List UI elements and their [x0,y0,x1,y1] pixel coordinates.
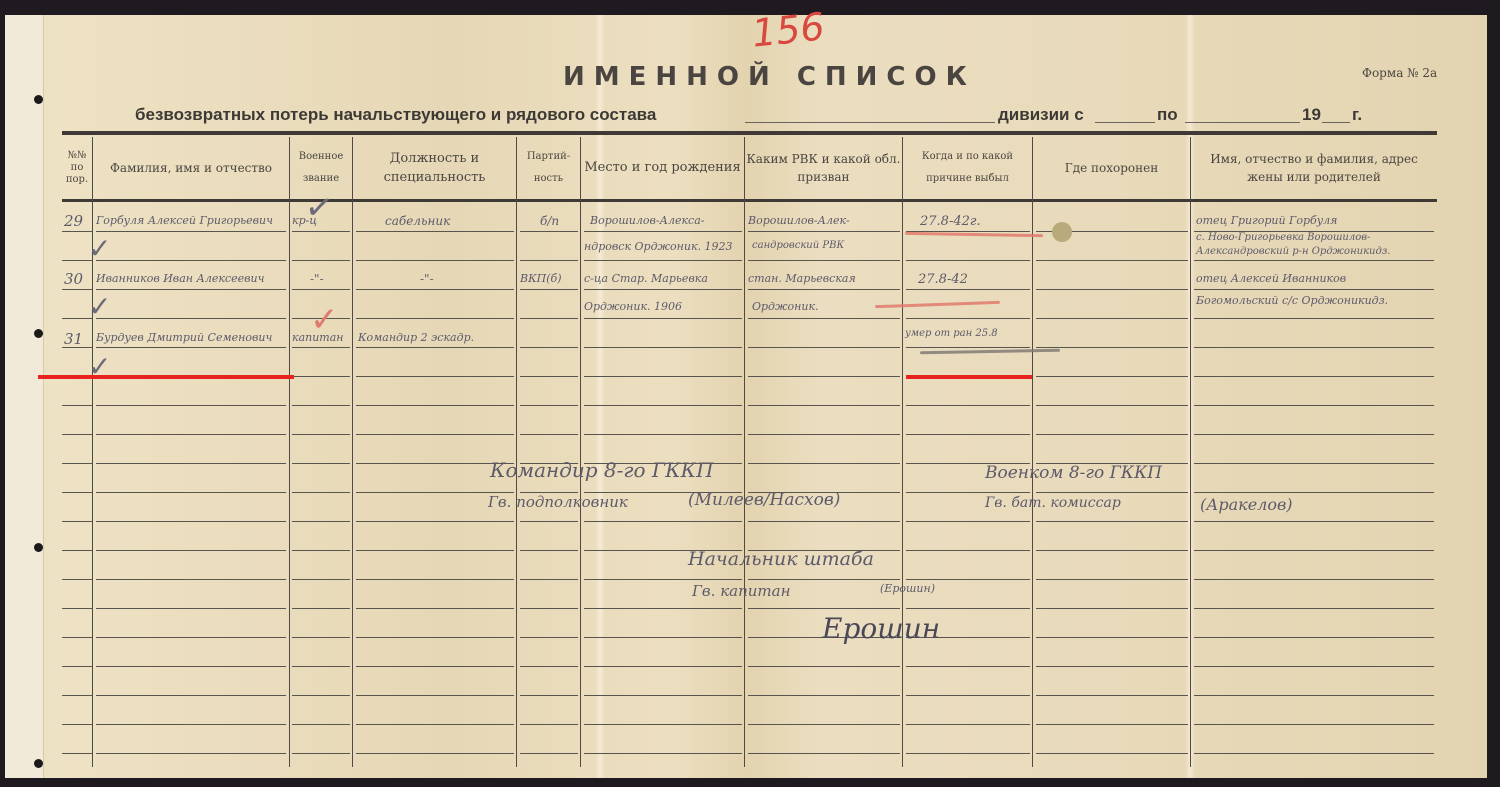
row-30-name: Иванников Иван Алексеевич [96,272,264,285]
ruled-line [584,376,742,377]
ruled-line [520,579,578,580]
header-party: Партий- ность [517,137,580,199]
row-29-relatives-3: Александровский р-н Орджоникидз. [1196,246,1390,257]
document-sheet [5,15,1487,778]
row-29-rvk-2: сандровский РВК [752,240,844,251]
commander-title-2: Гв. подполковник [488,493,628,511]
date-from-blank-line [1095,122,1155,123]
ruled-line [356,434,514,435]
ruled-line [62,434,92,435]
ruled-line [1194,434,1434,435]
ruled-line [520,434,578,435]
ruled-line [748,724,900,725]
ruled-line [1194,463,1434,464]
ruled-line [748,608,900,609]
ruled-line [748,463,900,464]
wax-stamp-mark [1052,222,1072,242]
ruled-line [292,463,350,464]
ruled-line [1036,260,1188,261]
commissar-name: (Аракелов) [1200,495,1293,514]
ruled-line [748,289,900,290]
ruled-line [62,405,92,406]
punch-hole [34,329,43,338]
ruled-line [748,695,900,696]
ruled-line [1194,579,1434,580]
binding-strip [5,15,44,778]
subtitle-to: по [1157,105,1178,125]
ruled-line [520,695,578,696]
ruled-line [748,376,900,377]
ruled-line [96,347,286,348]
chief-title-2: Гв. капитан [692,582,790,600]
ruled-line [906,753,1030,754]
ruled-line [1194,492,1434,493]
ruled-line [1194,608,1434,609]
chief-name: (Ерошин) [880,582,935,595]
ruled-line [356,637,514,638]
header-rvk: Каким РВК и какой обл. призван [745,137,902,199]
punch-hole [34,759,43,768]
header-position: Должность и специальность [353,137,516,199]
ruled-line [96,724,286,725]
row-29-party: б/п [540,214,559,228]
ruled-line [748,347,900,348]
row-29-when: 27.8-42г. [920,214,981,229]
ruled-line [62,753,92,754]
ruled-line [292,521,350,522]
ruled-line [96,666,286,667]
ruled-line [62,637,92,638]
ruled-line [356,695,514,696]
ruled-line [584,637,742,638]
fold-crease [595,15,605,778]
ruled-line [96,492,286,493]
ruled-line [292,724,350,725]
ruled-line [62,492,92,493]
ruled-line [96,521,286,522]
ruled-line [96,550,286,551]
ruled-line [520,376,578,377]
ruled-line [748,753,900,754]
ruled-line [96,695,286,696]
ruled-line [62,579,92,580]
row-29-position: сабельник [385,214,450,228]
ruled-line [62,463,92,464]
ruled-line [906,724,1030,725]
row-29-relatives-1: отец Григорий Горбуля [1196,214,1337,227]
row-31-name: Бурдуев Дмитрий Семенович [96,331,272,344]
header-rule-bottom [62,199,1437,202]
ruled-line [62,695,92,696]
document-title: ИМЕННОЙ СПИСОК [563,62,976,92]
ruled-line [1036,492,1188,493]
ruled-line [292,434,350,435]
red-highlight-marker [38,375,294,379]
ruled-line [520,724,578,725]
row-31-position: Командир 2 эскадр. [358,331,474,344]
ruled-line [96,231,286,232]
ruled-line [906,695,1030,696]
ruled-line [356,724,514,725]
ruled-line [520,608,578,609]
header-when: Когда и по какой причине выбыл [903,137,1032,199]
ruled-line [520,637,578,638]
ruled-line [520,666,578,667]
check-mark-icon: ✓ [88,290,111,323]
ruled-line [96,637,286,638]
subtitle-division: дивизии с [998,105,1084,125]
check-mark-icon: ✓ [302,186,336,230]
ruled-line [584,724,742,725]
check-mark-icon: ✓ [88,232,111,265]
ruled-line [292,608,350,609]
ruled-line [584,695,742,696]
row-30-position: -"- [420,272,434,286]
ruled-line [520,260,578,261]
ruled-line [356,405,514,406]
ruled-line [584,753,742,754]
ruled-line [292,753,350,754]
ruled-line [1194,753,1434,754]
ruled-line [96,318,286,319]
ruled-line [1036,521,1188,522]
ruled-line [748,666,900,667]
row-30-relatives-1: отец Алексей Иванников [1196,272,1346,285]
ruled-line [292,492,350,493]
row-30-party: ВКП(б) [520,272,562,285]
column-divider [902,137,903,767]
row-31-when: умер от ран 25.8 [905,328,998,339]
row-30-relatives-2: Богомольский с/с Орджоникидз. [1196,294,1388,307]
year-blank-line [1322,122,1350,123]
ruled-line [356,666,514,667]
red-highlight-marker [906,375,1032,379]
ruled-line [748,318,900,319]
row-29-rvk-1: Ворошилов-Алек- [748,214,850,227]
row-30-birth-1: с-ца Стар. Марьевка [584,272,708,285]
ruled-line [520,405,578,406]
commissar-title-1: Военком 8-го ГККП [985,463,1162,483]
ruled-line [356,521,514,522]
header-rule-top [62,131,1437,135]
ruled-line [906,405,1030,406]
column-divider [580,137,581,767]
ruled-line [62,521,92,522]
ruled-line [906,666,1030,667]
ruled-line [292,695,350,696]
ruled-line [520,289,578,290]
ruled-line [1036,376,1188,377]
row-31-num: 31 [64,330,83,348]
commissar-title-2: Гв. бат. комиссар [985,495,1121,511]
ruled-line [1194,260,1434,261]
ruled-line [292,666,350,667]
ruled-line [584,521,742,522]
row-29-name: Горбуля Алексей Григорьевич [96,214,273,227]
ruled-line [96,463,286,464]
ruled-line [1036,579,1188,580]
ruled-line [1194,695,1434,696]
ruled-line [1036,724,1188,725]
ruled-line [584,579,742,580]
ruled-line [1036,666,1188,667]
ruled-line [1194,666,1434,667]
row-30-rank: -"- [310,272,324,286]
ruled-line [748,260,900,261]
ruled-line [292,231,350,232]
ruled-line [96,579,286,580]
row-29-birth-1: Ворошилов-Алекса- [590,214,704,227]
row-29-relatives-2: с. Ново-Григорьевка Ворошилов- [1196,232,1370,243]
ruled-line [292,260,350,261]
header-num: №№ по пор. [62,137,92,199]
row-30-when: 27.8-42 [918,272,968,287]
ruled-line [1036,550,1188,551]
ruled-line [1036,289,1188,290]
ruled-line [906,434,1030,435]
punch-hole [34,95,43,104]
ruled-line [292,289,350,290]
ruled-line [748,434,900,435]
header-relatives: Имя, отчество и фамилия, адрес жены или … [1191,137,1437,199]
ruled-line [96,434,286,435]
form-number: Форма № 2а [1362,66,1437,80]
ruled-line [748,405,900,406]
ruled-line [520,347,578,348]
ruled-line [356,579,514,580]
ruled-line [1194,521,1434,522]
ruled-line [1194,637,1434,638]
column-divider [744,137,745,767]
ruled-line [1036,637,1188,638]
ruled-line [1036,434,1188,435]
column-divider [352,137,353,767]
commander-title-1: Командир 8-го ГККП [490,458,714,482]
header-buried: Где похоронен [1033,137,1190,199]
header-birth: Место и год рождения [581,137,744,199]
chief-title-1: Начальник штаба [688,548,874,570]
division-blank-line [745,122,995,123]
punch-hole [34,543,43,552]
ruled-line [292,637,350,638]
ruled-line [356,260,514,261]
ruled-line [292,579,350,580]
ruled-line [62,666,92,667]
column-divider [516,137,517,767]
ruled-line [356,289,514,290]
ruled-line [292,376,350,377]
ruled-line [906,347,1030,348]
ruled-line [1194,376,1434,377]
ruled-line [1194,550,1434,551]
ruled-line [584,347,742,348]
row-29-birth-2: ндровск Орджоник. 1923 [584,240,733,253]
ruled-line [906,318,1030,319]
ruled-line [520,231,578,232]
commander-name: (Милеев/Насхов) [688,490,840,510]
ruled-line [356,347,514,348]
ruled-line [906,492,1030,493]
ruled-line [1194,405,1434,406]
ruled-line [1036,318,1188,319]
header-name: Фамилия, имя и отчество [93,137,289,199]
page-number-handwritten: 156 [750,4,827,55]
ruled-line [1036,405,1188,406]
ruled-line [1036,753,1188,754]
column-divider [1032,137,1033,767]
ruled-line [1036,608,1188,609]
ruled-line [584,405,742,406]
subtitle-year: 19 [1302,105,1321,125]
ruled-line [906,579,1030,580]
ruled-line [96,289,286,290]
column-divider [1190,137,1191,767]
ruled-line [356,231,514,232]
red-check-mark-icon: ✓ [310,300,339,340]
ruled-line [584,666,742,667]
subtitle-year-suffix: г. [1352,105,1362,125]
ruled-line [96,405,286,406]
date-to-blank-line [1185,122,1300,123]
ruled-line [584,318,742,319]
ruled-line [520,318,578,319]
ruled-line [520,753,578,754]
ruled-line [96,608,286,609]
ruled-line [62,550,92,551]
ruled-line [584,260,742,261]
chief-signature: Ерошин [822,612,940,645]
ruled-line [748,521,900,522]
ruled-line [1194,318,1434,319]
ruled-line [356,608,514,609]
ruled-line [62,724,92,725]
row-30-rvk-1: стан. Марьевская [748,272,856,285]
ruled-line [520,550,578,551]
ruled-line [1194,724,1434,725]
ruled-line [356,753,514,754]
ruled-line [520,521,578,522]
row-29-num: 29 [64,212,83,230]
ruled-line [96,753,286,754]
ruled-line [62,608,92,609]
document-subtitle: безвозвратных потерь начальствующего и р… [135,105,656,125]
ruled-line [356,550,514,551]
ruled-line [292,347,350,348]
ruled-line [906,289,1030,290]
ruled-line [356,376,514,377]
ruled-line [906,521,1030,522]
row-30-num: 30 [64,270,83,288]
ruled-line [584,231,742,232]
ruled-line [906,550,1030,551]
ruled-line [356,318,514,319]
ruled-line [1194,347,1434,348]
ruled-line [906,608,1030,609]
row-30-birth-2: Орджоник. 1906 [584,300,682,313]
ruled-line [1194,289,1434,290]
ruled-line [906,260,1030,261]
ruled-line [748,579,900,580]
ruled-line [584,434,742,435]
ruled-line [1036,695,1188,696]
ruled-line [96,260,286,261]
ruled-line [748,231,900,232]
row-30-rvk-2: Орджоник. [752,300,819,313]
ruled-line [292,405,350,406]
ruled-line [584,608,742,609]
column-divider [289,137,290,767]
ruled-line [584,289,742,290]
ruled-line [292,550,350,551]
